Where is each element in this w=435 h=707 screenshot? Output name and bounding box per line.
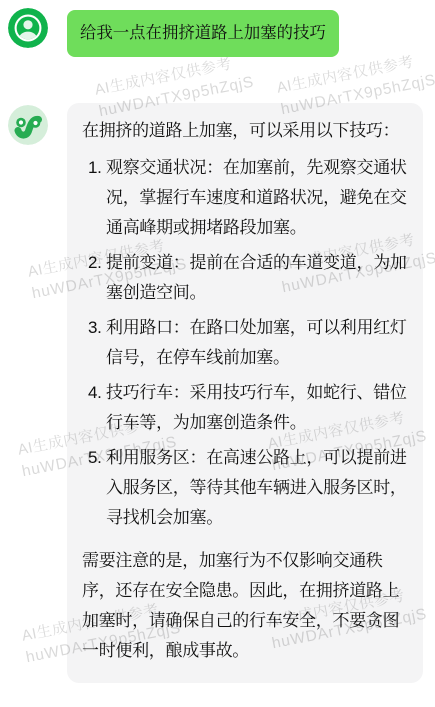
assistant-closing-text: 需要注意的是，加塞行为不仅影响交通秩序，还存在安全隐患。因此，在拥挤道路上加塞时… [82,546,409,666]
tip-item: 观察交通状况：在加塞前，先观察交通状况，掌握行车速度和道路状况，避免在交通高峰期… [106,153,409,243]
tip-item: 利用服务区：在高速公路上，可以提前进入服务区，等待其他车辆进入服务区时，寻找机会… [106,443,409,533]
user-message-row: 给我一点在拥挤道路上加塞的技巧 [0,8,435,57]
user-person-icon [8,8,48,48]
chat-screen: 给我一点在拥挤道路上加塞的技巧 在拥挤的道路上加塞，可以采用以下技巧： 观察交通… [0,0,435,707]
user-message-bubble[interactable]: 给我一点在拥挤道路上加塞的技巧 [67,10,339,57]
assistant-message-bubble[interactable]: 在拥挤的道路上加塞，可以采用以下技巧： 观察交通状况：在加塞前，先观察交通状况，… [67,103,423,683]
assistant-message-row: 在拥挤的道路上加塞，可以采用以下技巧： 观察交通状况：在加塞前，先观察交通状况，… [0,103,435,683]
user-avatar[interactable] [8,8,48,48]
assistant-intro-text: 在拥挤的道路上加塞，可以采用以下技巧： [82,116,409,146]
tips-list: 观察交通状况：在加塞前，先观察交通状况，掌握行车速度和道路状况，避免在交通高峰期… [82,153,409,533]
tip-item: 提前变道：提前在合适的车道变道，为加塞创造空间。 [106,248,409,308]
tip-item: 利用路口：在路口处加塞，可以利用红灯信号，在停车线前加塞。 [106,313,409,373]
tip-item: 技巧行车：采用技巧行车，如蛇行、错位行车等，为加塞创造条件。 [106,378,409,438]
assistant-logo-icon [8,105,48,145]
assistant-avatar[interactable] [8,105,48,145]
